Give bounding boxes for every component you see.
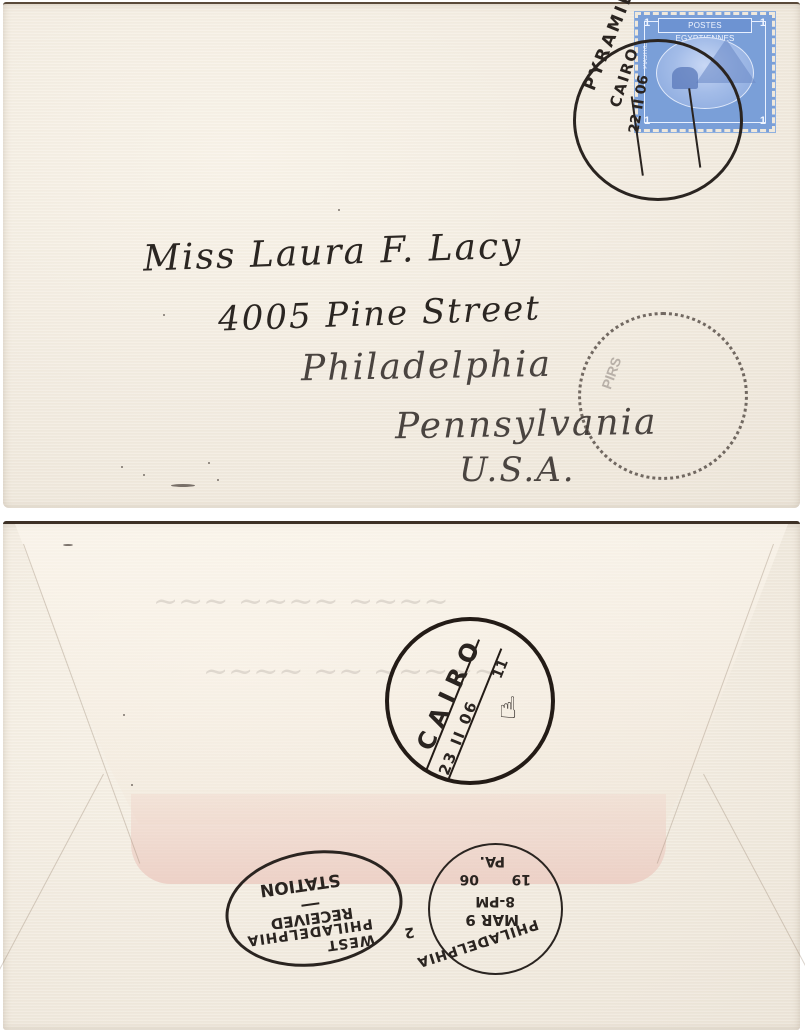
- address-country: U.S.A.: [459, 450, 576, 490]
- stamp-denomination: 1: [760, 115, 766, 127]
- postmark-date: MAR 9: [465, 911, 519, 929]
- stamp-title: POSTES EGYPTIENNES: [658, 18, 752, 33]
- foxing-speck: [171, 484, 195, 487]
- postmark-station-label: STATION: [259, 869, 342, 900]
- transit-postmark: CAIRO 23 II 06 11 ☝: [385, 617, 555, 785]
- postmark-year: 06: [460, 871, 479, 887]
- postmark-day-code: 19: [512, 871, 531, 887]
- foxing-speck: [163, 314, 165, 316]
- envelope-front: Miss Laura F. Lacy 4005 Pine Street Phil…: [3, 2, 800, 508]
- envelope-flap-shadow: [131, 794, 666, 884]
- postmark-state: PA.: [480, 853, 505, 869]
- stamp-denomination: 1: [644, 17, 650, 29]
- foxing-speck: [121, 466, 123, 468]
- hand-icon: ☝: [499, 691, 517, 726]
- postmark-time: 8-PM: [475, 893, 515, 909]
- address-street: 4005 Pine Street: [217, 288, 541, 339]
- flap-crease: [703, 774, 805, 1004]
- foxing-speck: [143, 474, 145, 476]
- postmark-divider: [301, 902, 319, 906]
- faint-postmark-text: PIRS: [598, 355, 624, 391]
- faint-postmark: PIRS: [578, 312, 748, 480]
- address-recipient: Miss Laura F. Lacy: [142, 225, 523, 279]
- address-city: Philadelphia: [301, 344, 553, 389]
- foxing-speck: [217, 479, 219, 481]
- arrival-postmark: PHILADELPHIA MAR 9 8-PM 19 06 PA.: [428, 843, 563, 975]
- foxing-speck: [63, 544, 73, 546]
- origin-postmark: PYRAMIDS CAIRO 22 II 06: [573, 39, 743, 201]
- postmark-station-number: 2: [403, 923, 415, 940]
- foxing-speck: [208, 462, 210, 464]
- foxing-speck: [338, 209, 340, 211]
- envelope-back: ~~~ ~~~~ ~~~~ ~~~~ ~~ ~~~~~ CAIRO 23 II …: [3, 521, 800, 1030]
- show-through-text: ~~~ ~~~~ ~~~~: [153, 584, 449, 619]
- foxing-speck: [123, 714, 125, 716]
- foxing-speck: [131, 784, 133, 786]
- stamp-denomination: 1: [760, 17, 766, 29]
- flap-crease: [0, 774, 104, 1004]
